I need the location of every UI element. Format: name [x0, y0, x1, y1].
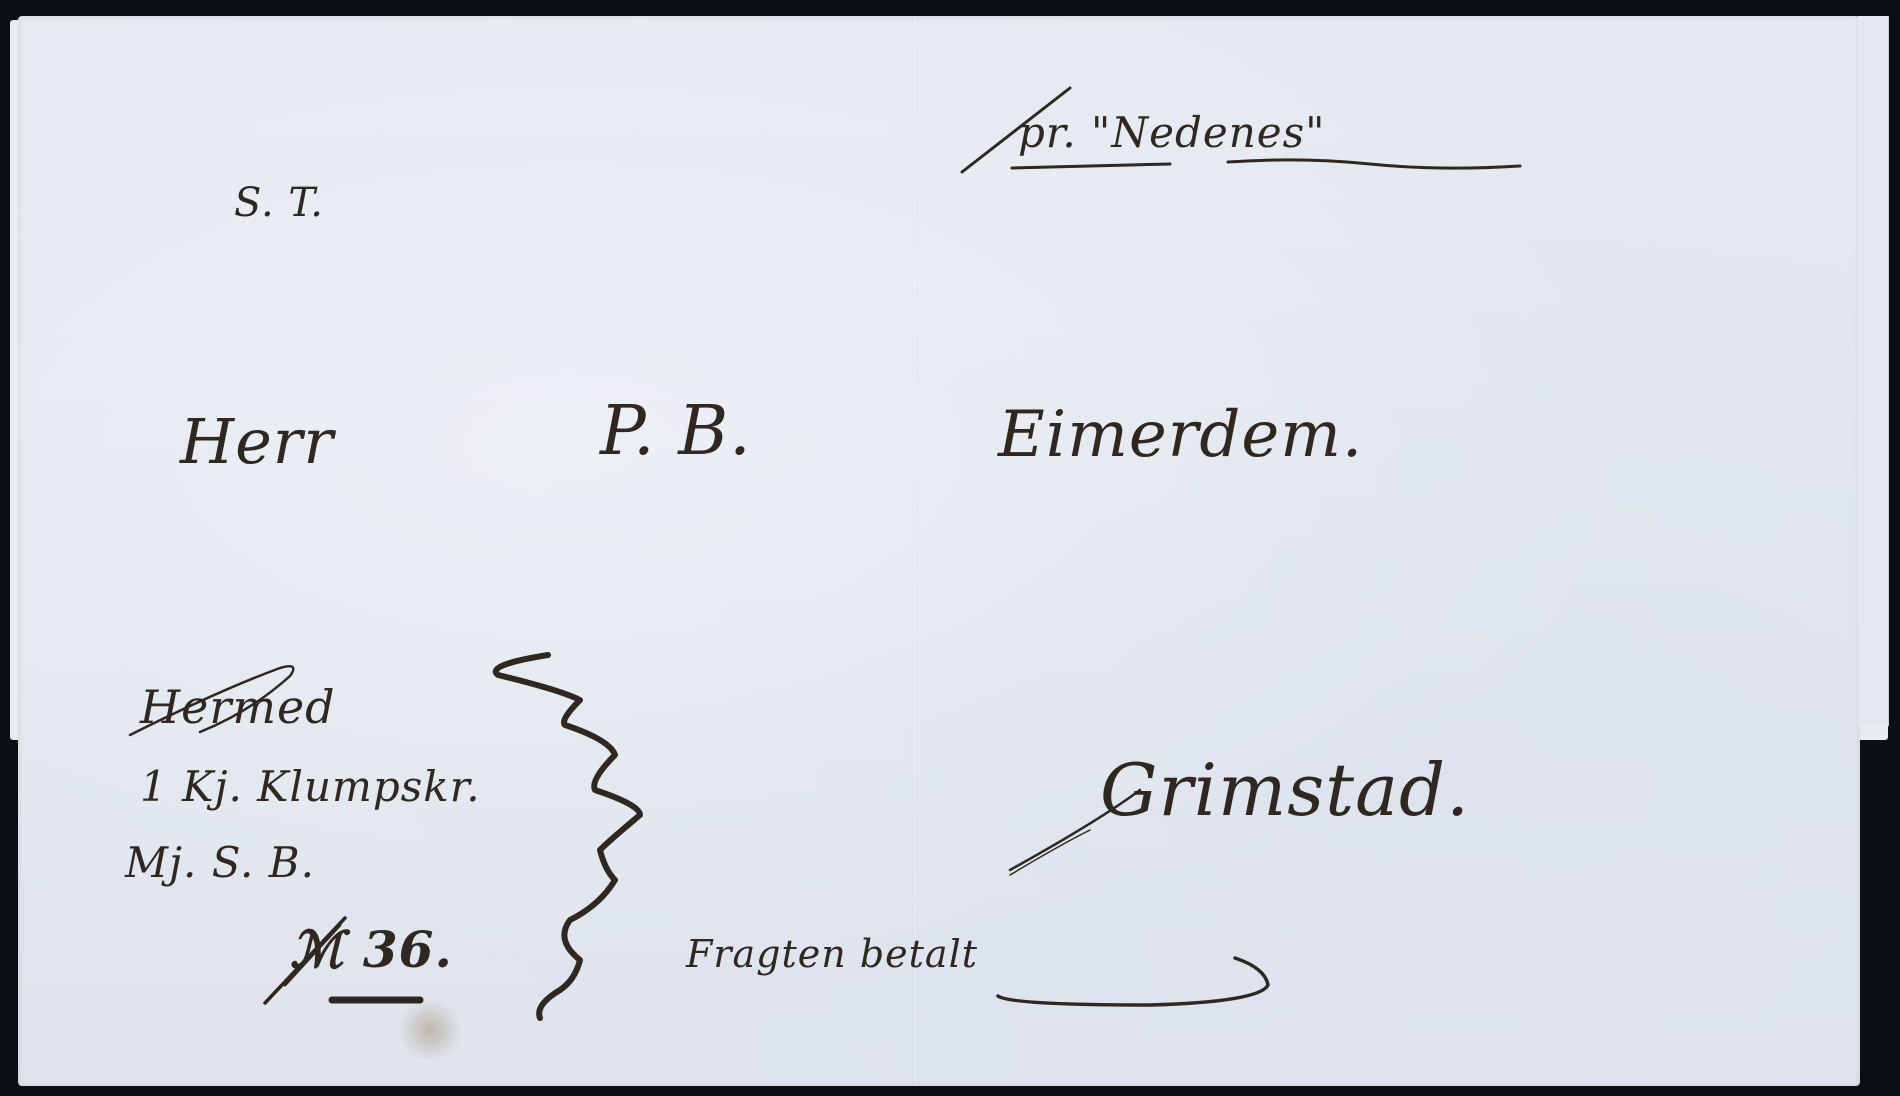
- addressee-initials: P. B.: [600, 392, 752, 471]
- shipment-line: 1 Kj. Klumpskr.: [140, 762, 481, 811]
- initials-inscription: S. T.: [234, 180, 324, 226]
- salutation-inscription: Herr: [180, 405, 334, 478]
- destination-inscription: Grimstad.: [1100, 748, 1470, 832]
- freight-note: Fragten betalt: [686, 932, 978, 976]
- shipment-line: Mj. S. B.: [125, 838, 315, 887]
- routing-inscription: pr. "Nedenes": [1018, 108, 1326, 157]
- shipment-amount: ℳ 36.: [290, 920, 453, 979]
- shipment-line: Hermed: [140, 680, 336, 734]
- addressee-surname: Eimerdem.: [998, 398, 1363, 472]
